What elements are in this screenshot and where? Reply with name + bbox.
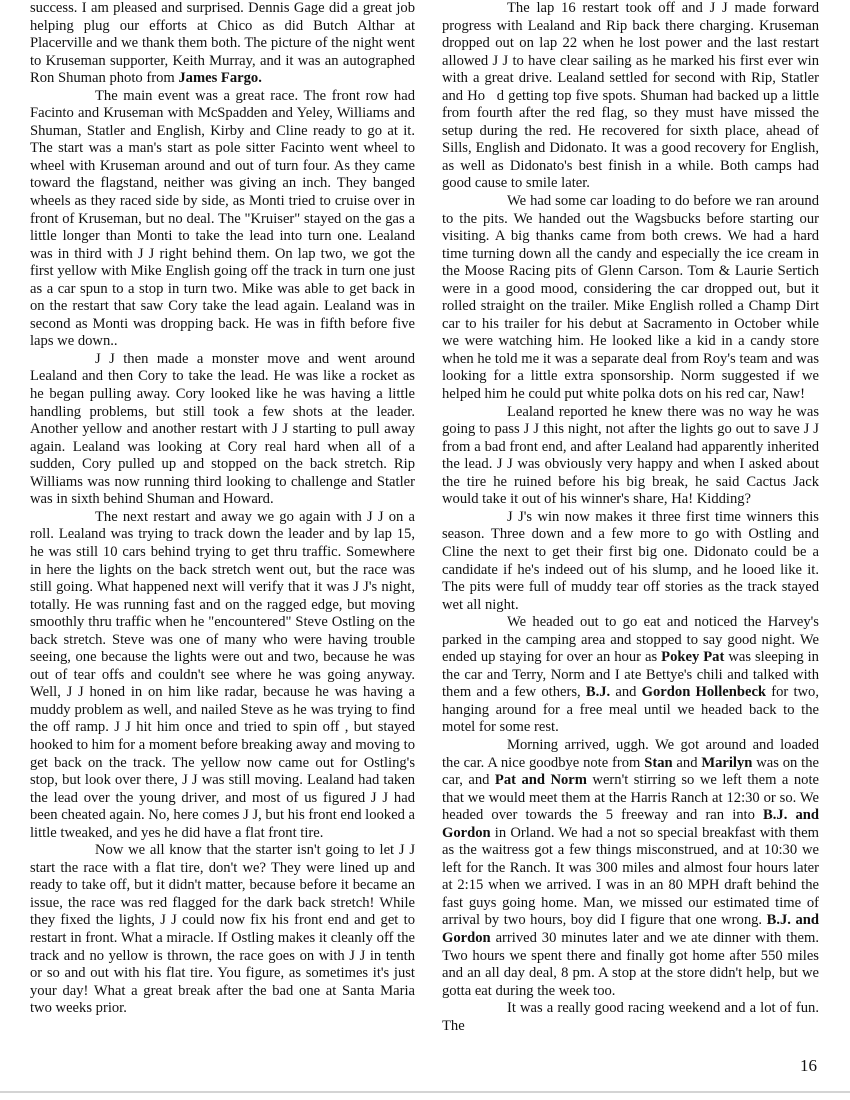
article-paragraph: J J's win now makes it three first time … (442, 509, 819, 614)
article-paragraph: Lealand reported he knew there was no wa… (442, 404, 819, 509)
article-paragraph: success. I am pleased and surprised. Den… (30, 0, 415, 88)
article-paragraph: We headed out to go eat and noticed the … (442, 614, 819, 737)
paragraph-text: The main event was a great race. The fro… (30, 88, 415, 350)
bold-name-text: Pokey Pat (661, 649, 724, 665)
paragraph-text: It was a really good racing weekend and … (442, 1000, 819, 1034)
bold-name-text: Stan (644, 755, 672, 771)
bold-name-text: Gordon Hollenbeck (642, 684, 766, 700)
paragraph-text: The next restart and away we go again wi… (30, 509, 415, 841)
paragraph-text: We had some car loading to do before we … (442, 193, 819, 402)
bold-name-text: James Fargo. (178, 70, 262, 86)
paragraph-text: J J then made a monster move and went ar… (30, 351, 415, 507)
article-paragraph: The next restart and away we go again wi… (30, 509, 415, 842)
article-paragraph: The lap 16 restart took off and J J made… (442, 0, 819, 193)
bold-name-text: B.J. (586, 684, 610, 700)
paragraph-text: J J's win now makes it three first time … (442, 509, 819, 613)
article-paragraph: It was a really good racing weekend and … (442, 1000, 819, 1035)
article-paragraph: Morning arrived, uggh. We got around and… (442, 737, 819, 1000)
bold-name-text: Pat and Norm (495, 772, 587, 788)
paragraph-text: The lap 16 restart took off and J J made… (442, 0, 819, 191)
article-paragraph: The main event was a great race. The fro… (30, 88, 415, 351)
article-paragraph: We had some car loading to do before we … (442, 193, 819, 404)
article-paragraph: Now we all know that the starter isn't g… (30, 842, 415, 1017)
page-number: 16 (800, 1056, 817, 1076)
bold-name-text: Marilyn (701, 755, 752, 771)
left-column: success. I am pleased and surprised. Den… (30, 0, 415, 1018)
paragraph-text: arrived 30 minutes later and we ate dinn… (442, 930, 819, 999)
paragraph-text: and (610, 684, 641, 700)
page-bottom-rule (0, 1091, 850, 1093)
right-column: The lap 16 restart took off and J J made… (442, 0, 819, 1035)
paragraph-text: Lealand reported he knew there was no wa… (442, 404, 819, 508)
paragraph-text: and (673, 755, 702, 771)
article-paragraph: J J then made a monster move and went ar… (30, 351, 415, 509)
paragraph-text: Now we all know that the starter isn't g… (30, 842, 415, 1016)
paragraph-text: in Orland. We had a not so special break… (442, 825, 819, 929)
